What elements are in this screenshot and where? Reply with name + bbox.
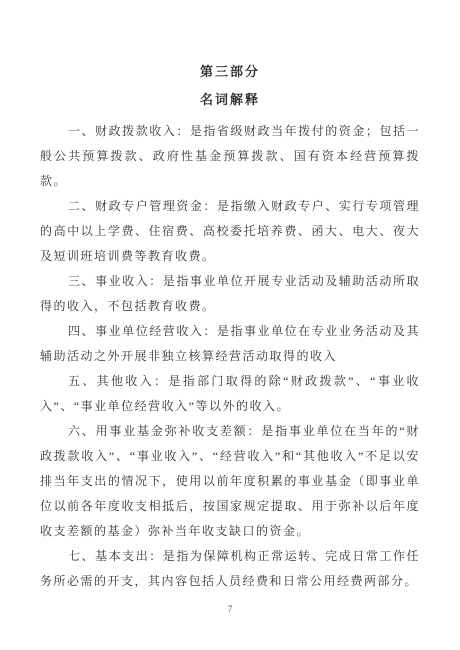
paragraph-business-fund-deficit: 六、用事业基金弥补收支差额：是指事业单位在当年的“财政拨款收入”、“事业收入”、… bbox=[40, 419, 420, 544]
section-title: 第三部分 bbox=[40, 64, 420, 79]
page-number: 7 bbox=[0, 604, 460, 614]
section-subtitle: 名词解释 bbox=[40, 92, 420, 107]
document-content: 第三部分 名词解释 一、财政拨款收入：是指省级财政当年拨付的资金；包括一般公共预… bbox=[0, 0, 460, 594]
paragraph-basic-expenditure: 七、基本支出：是指为保障机构正常运转、完成日常工作任务所必需的开支，其内容包括人… bbox=[40, 544, 420, 594]
paragraph-operating-income: 四、事业单位经营收入：是指事业单位在专业业务活动及其辅助活动之外开展非独立核算经… bbox=[40, 319, 420, 369]
paragraph-other-income: 五、其他收入：是指部门取得的除“财政拨款”、“事业收入”、“事业单位经营收入”等… bbox=[40, 369, 420, 419]
paragraph-fiscal-special-account-funds: 二、财政专户管理资金：是指缴入财政专户、实行专项管理的高中以上学费、住宿费、高校… bbox=[40, 194, 420, 269]
document-page: 第三部分 名词解释 一、财政拨款收入：是指省级财政当年拨付的资金；包括一般公共预… bbox=[0, 0, 460, 650]
paragraph-fiscal-appropriation-income: 一、财政拨款收入：是指省级财政当年拨付的资金；包括一般公共预算拨款、政府性基金预… bbox=[40, 119, 420, 194]
paragraph-business-income: 三、事业收入：是指事业单位开展专业活动及辅助活动所取得的收入，不包括教育收费。 bbox=[40, 269, 420, 319]
